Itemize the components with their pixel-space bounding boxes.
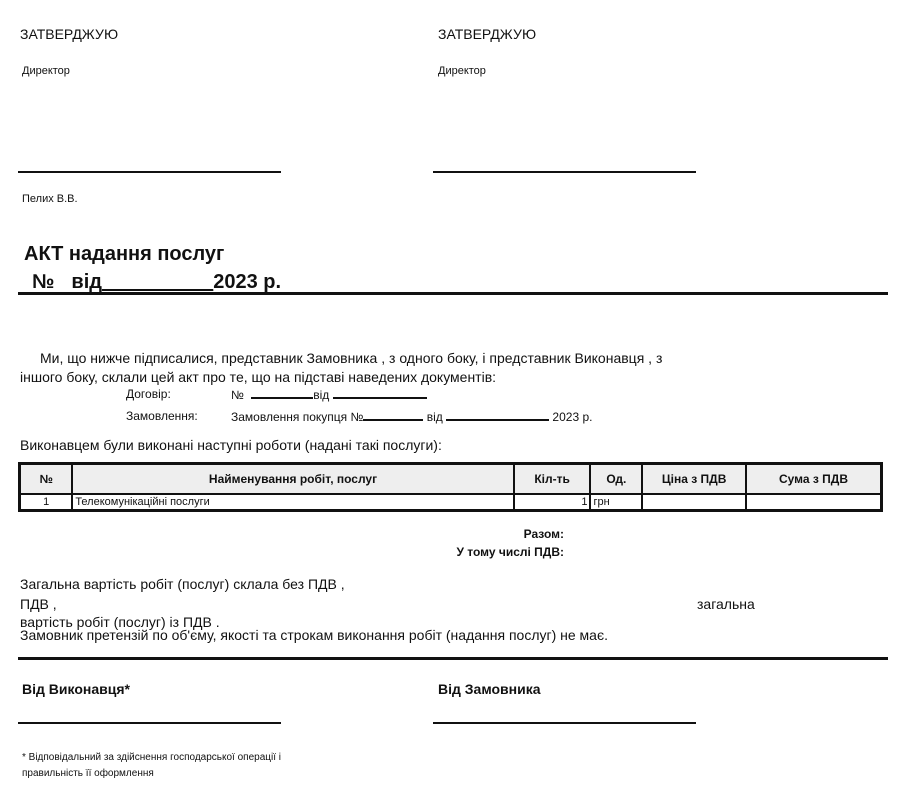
row-number: 1 <box>20 494 73 511</box>
order-field: Замовлення покупця № від 2023 р. <box>231 409 592 424</box>
signature-line-left <box>18 171 281 173</box>
approval-position-right: Директор <box>438 65 486 77</box>
intro-line-2: іншого боку, склали цей акт про те, що н… <box>20 369 496 385</box>
number-label: № <box>32 271 54 293</box>
contract-date-label: від <box>313 388 329 402</box>
summary-line-2-left: ПДВ , <box>20 596 57 612</box>
footnote-line-1: * Відповідальний за здійснення господарс… <box>22 750 281 766</box>
contract-label: Договір: <box>126 387 171 401</box>
order-date-label: від <box>427 410 443 424</box>
customer-label: Від Замовника <box>438 681 541 697</box>
table-header-row: № Найменування робіт, послуг Кіл-ть Од. … <box>20 464 882 495</box>
order-date-blank <box>446 409 549 421</box>
row-quantity: 1 <box>514 494 591 511</box>
summary-rule <box>18 657 888 660</box>
document-title: АКТ надання послуг <box>24 243 224 266</box>
vat-label: У тому числі ПДВ: <box>456 545 564 559</box>
summary-line-1: Загальна вартість робіт (послуг) склала … <box>20 576 345 592</box>
total-label: Разом: <box>524 527 564 541</box>
header-quantity: Кіл-ть <box>514 464 591 495</box>
contract-field: № від <box>231 387 427 402</box>
order-year: 2023 р. <box>552 410 592 424</box>
approval-name-left: Пелих В.В. <box>22 193 78 205</box>
row-sum <box>746 494 882 511</box>
signature-line-right <box>433 171 696 173</box>
order-value: Замовлення покупця № <box>231 410 363 424</box>
executor-signature-line <box>18 722 281 724</box>
works-intro: Виконавцем були виконані наступні роботи… <box>20 437 442 453</box>
footnote-line-2: правильність її оформлення <box>22 766 154 782</box>
intro-line-1: Ми, що нижче підписалися, представник За… <box>40 350 662 366</box>
year: 2023 р. <box>213 271 281 293</box>
row-name: Телекомунікаційні послуги <box>72 494 513 511</box>
approval-heading-left: ЗАТВЕРДЖУЮ <box>20 26 118 42</box>
row-unit: грн <box>590 494 642 511</box>
executor-label: Від Виконавця* <box>22 681 130 697</box>
order-label: Замовлення: <box>126 409 198 423</box>
contract-number-blank <box>251 387 313 399</box>
contract-date-blank <box>333 387 427 399</box>
row-price <box>642 494 746 511</box>
approval-heading-right: ЗАТВЕРДЖУЮ <box>438 26 536 42</box>
date-label: від <box>71 271 102 293</box>
header-name: Найменування робіт, послуг <box>72 464 513 495</box>
customer-signature-line <box>433 722 696 724</box>
header-number: № <box>20 464 73 495</box>
order-number-blank <box>363 409 423 421</box>
date-blank: __________ <box>102 271 213 293</box>
summary-line-4: Замовник претензій по об'єму, якості та … <box>20 627 608 643</box>
title-rule <box>18 292 888 295</box>
header-price: Ціна з ПДВ <box>642 464 746 495</box>
summary-line-2-right: загальна <box>697 596 755 612</box>
table-row: 1 Телекомунікаційні послуги 1 грн <box>20 494 882 511</box>
document-number-date: № від__________2023 р. <box>32 271 281 294</box>
services-table: № Найменування робіт, послуг Кіл-ть Од. … <box>18 462 883 512</box>
approval-position-left: Директор <box>22 65 70 77</box>
header-unit: Од. <box>590 464 642 495</box>
header-sum: Сума з ПДВ <box>746 464 882 495</box>
contract-number-label: № <box>231 388 244 402</box>
